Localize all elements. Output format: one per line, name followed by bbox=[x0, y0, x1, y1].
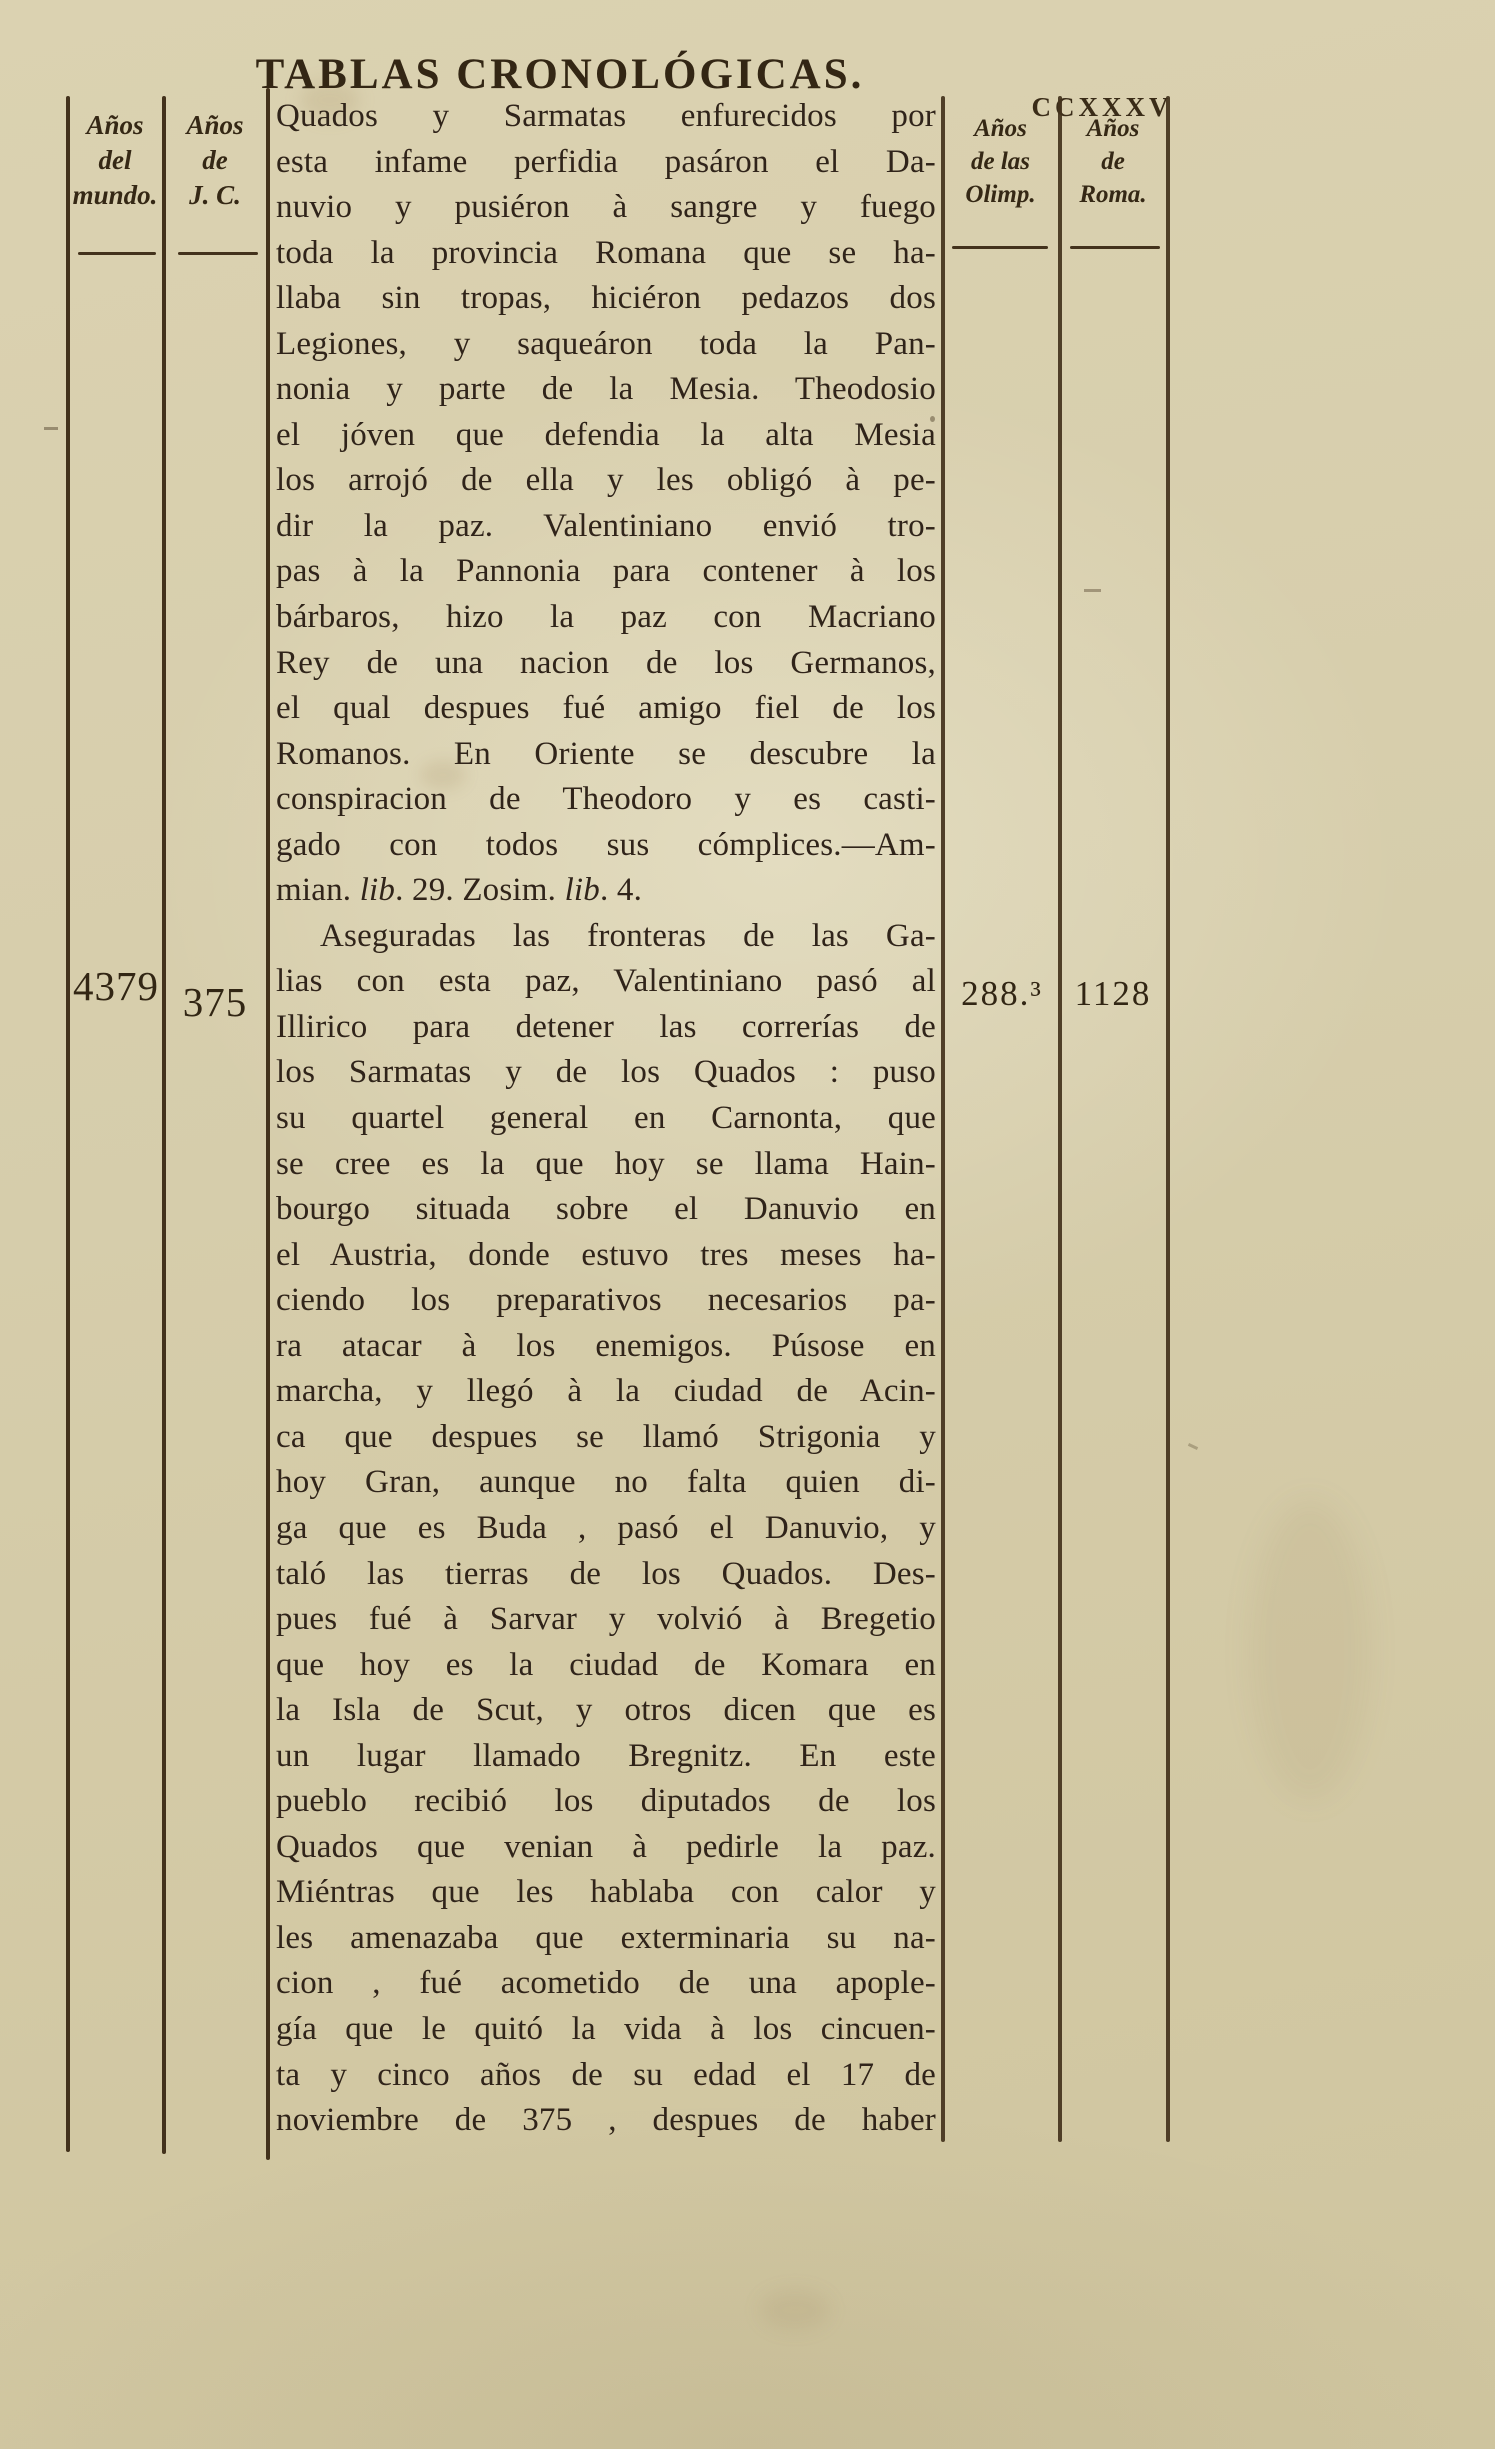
text-line: pues fué à Sarvar y volvió à Bregetio bbox=[276, 1601, 936, 1647]
text-line: el qual despues fué amigo fiel de los bbox=[276, 690, 936, 736]
table-rule-vertical bbox=[941, 96, 945, 2142]
column-header-line: J. C. bbox=[164, 178, 266, 213]
text-line: les amenazaba que exterminaria su na- bbox=[276, 1920, 936, 1966]
column-header-line: de las bbox=[943, 145, 1058, 178]
table-rule-vertical bbox=[266, 88, 270, 2160]
text-line: esta infame perfidia pasáron el Da- bbox=[276, 144, 936, 190]
column-header-line: Años bbox=[68, 108, 162, 143]
chronicle-text: Quados y Sarmatas enfurecidos poresta in… bbox=[276, 98, 936, 2148]
text-line: nuvio y pusiéron à sangre y fuego bbox=[276, 189, 936, 235]
text-line: pueblo recibió los diputados de los bbox=[276, 1783, 936, 1829]
column-header-line: de bbox=[164, 143, 266, 178]
text-line: nonia y parte de la Mesia. Theodosio bbox=[276, 371, 936, 417]
text-line: pas à la Pannonia para contener à los bbox=[276, 553, 936, 599]
text-line: noviembre de 375 , despues de haber bbox=[276, 2102, 936, 2148]
text-line: Aseguradas las fronteras de las Ga- bbox=[276, 918, 936, 964]
text-line: taló las tierras de los Quados. Des- bbox=[276, 1556, 936, 1602]
text-line: un lugar llamado Bregnitz. En este bbox=[276, 1738, 936, 1784]
column-header-line: de bbox=[1060, 145, 1166, 178]
paper-stain bbox=[1250, 1500, 1370, 1800]
text-line: ciendo los preparativos necesarios pa- bbox=[276, 1282, 936, 1328]
stray-mark bbox=[44, 427, 58, 430]
column-header-line: Olimp. bbox=[943, 178, 1058, 211]
text-line: bárbaros, hizo la paz con Macriano bbox=[276, 599, 936, 645]
text-line: ra atacar à los enemigos. Púsose en bbox=[276, 1328, 936, 1374]
text-line: ga que es Buda , pasó el Danuvio, y bbox=[276, 1510, 936, 1556]
text-line: bourgo situada sobre el Danuvio en bbox=[276, 1191, 936, 1237]
column-header-anos-olimp: Años de las Olimp. bbox=[943, 112, 1058, 211]
paper-stain bbox=[760, 2290, 830, 2330]
anos-roma-value: 1128 bbox=[1062, 974, 1164, 1014]
text-line: Quados y Sarmatas enfurecidos por bbox=[276, 98, 936, 144]
table-rule-vertical bbox=[1166, 96, 1170, 2142]
text-line: que hoy es la ciudad de Komara en bbox=[276, 1647, 936, 1693]
text-line: se cree es la que hoy se llama Hain- bbox=[276, 1146, 936, 1192]
table-rule-vertical bbox=[162, 96, 166, 2154]
column-header-underline bbox=[178, 252, 258, 255]
column-header-underline bbox=[952, 246, 1048, 249]
page-title: TABLAS CRONOLÓGICAS. bbox=[200, 50, 920, 99]
text-line: Romanos. En Oriente se descubre la bbox=[276, 736, 936, 782]
table-rule-vertical bbox=[1058, 96, 1062, 2142]
book-page: TABLAS CRONOLÓGICAS. CCXXXV Años del mun… bbox=[0, 0, 1495, 2449]
table-rule-vertical bbox=[66, 96, 70, 2152]
text-line: gía que le quitó la vida à los cincuen- bbox=[276, 2011, 936, 2057]
column-header-underline bbox=[1070, 246, 1160, 249]
text-line: llaba sin tropas, hiciéron pedazos dos bbox=[276, 280, 936, 326]
column-header-line: Años bbox=[1060, 112, 1166, 145]
stray-mark bbox=[1084, 589, 1101, 592]
text-line: Rey de una nacion de los Germanos, bbox=[276, 645, 936, 691]
column-header-line: mundo. bbox=[68, 178, 162, 213]
text-line: toda la provincia Romana que se ha- bbox=[276, 235, 936, 281]
text-line: Quados que venian à pedirle la paz. bbox=[276, 1829, 936, 1875]
text-line: los Sarmatas y de los Quados : puso bbox=[276, 1054, 936, 1100]
column-header-line: del bbox=[68, 143, 162, 178]
stray-mark bbox=[1188, 1443, 1198, 1450]
text-line: ca que despues se llamó Strigonia y bbox=[276, 1419, 936, 1465]
text-line: marcha, y llegó à la ciudad de Acin- bbox=[276, 1373, 936, 1419]
text-line: el jóven que defendia la alta Mesia bbox=[276, 417, 936, 463]
text-line: Illirico para detener las correrías de bbox=[276, 1009, 936, 1055]
anos-jc-value: 375 bbox=[166, 978, 264, 1026]
text-line: los arrojó de ella y les obligó à pe- bbox=[276, 462, 936, 508]
text-line: Legiones, y saqueáron toda la Pan- bbox=[276, 326, 936, 372]
text-line: el Austria, donde estuvo tres meses ha- bbox=[276, 1237, 936, 1283]
text-line: dir la paz. Valentiniano envió tro- bbox=[276, 508, 936, 554]
column-header-anos-roma: Años de Roma. bbox=[1060, 112, 1166, 211]
anos-olimp-value: 288.³ bbox=[948, 974, 1056, 1014]
column-header-line: Roma. bbox=[1060, 178, 1166, 211]
column-header-line: Años bbox=[164, 108, 266, 143]
text-line: su quartel general en Carnonta, que bbox=[276, 1100, 936, 1146]
text-line: Miéntras que les hablaba con calor y bbox=[276, 1874, 936, 1920]
text-line: hoy Gran, aunque no falta quien di- bbox=[276, 1464, 936, 1510]
text-line: ta y cinco años de su edad el 17 de bbox=[276, 2057, 936, 2103]
column-header-anos-mundo: Años del mundo. bbox=[68, 108, 162, 213]
anos-mundo-value: 4379 bbox=[68, 962, 164, 1010]
text-line: la Isla de Scut, y otros dicen que es bbox=[276, 1692, 936, 1738]
column-header-line: Años bbox=[943, 112, 1058, 145]
text-line: cion , fué acometido de una apople- bbox=[276, 1965, 936, 2011]
text-line: lias con esta paz, Valentiniano pasó al bbox=[276, 963, 936, 1009]
column-header-underline bbox=[78, 252, 156, 255]
text-line: mian. lib. 29. Zosim. lib. 4. bbox=[276, 872, 936, 918]
column-header-anos-jc: Años de J. C. bbox=[164, 108, 266, 213]
text-line: conspiracion de Theodoro y es casti- bbox=[276, 781, 936, 827]
text-line: gado con todos sus cómplices.—Am- bbox=[276, 827, 936, 873]
